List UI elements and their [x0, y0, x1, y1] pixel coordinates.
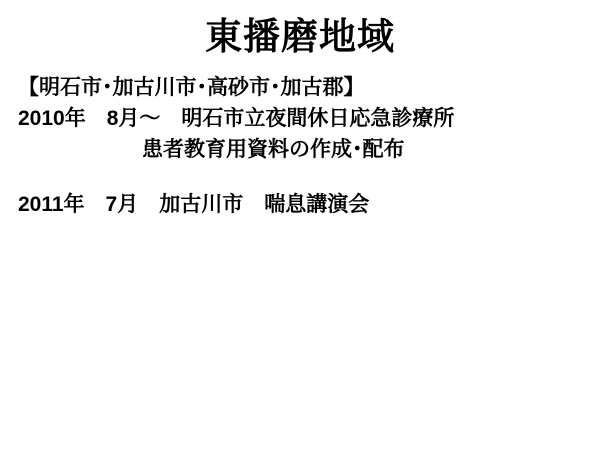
slide-title: 東播磨地域 [0, 0, 600, 58]
entry-2010-line: 2010年 8月～ 明石市立夜間休日応急診療所 [18, 103, 600, 134]
region-header: 【明石市･加古川市･高砂市･加古郡】 [18, 72, 600, 103]
blank-spacer [18, 165, 600, 189]
slide-body: 【明石市･加古川市･高砂市･加古郡】 2010年 8月～ 明石市立夜間休日応急診… [18, 72, 600, 220]
entry-2010-detail-line: 患者教育用資料の作成･配布 [142, 134, 600, 165]
presentation-slide: 東播磨地域 【明石市･加古川市･高砂市･加古郡】 2010年 8月～ 明石市立夜… [0, 0, 600, 450]
entry-2011-line: 2011年 7月 加古川市 喘息講演会 [18, 189, 600, 220]
